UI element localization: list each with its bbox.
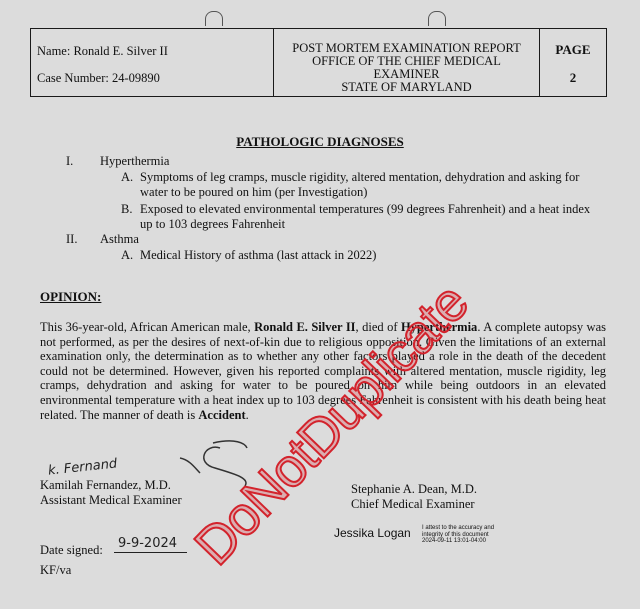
subitem-letter: A. bbox=[121, 170, 133, 185]
subitem-letter: A. bbox=[121, 248, 133, 263]
opinion-heading: OPINION: bbox=[40, 289, 101, 305]
subitem-text: water to be poured on him (per Investiga… bbox=[140, 185, 367, 200]
header-patient-cell: Name: Ronald E. Silver II Case Number: 2… bbox=[31, 29, 274, 96]
opinion-text: . bbox=[246, 408, 249, 422]
case-number: Case Number: 24-09890 bbox=[37, 71, 160, 86]
handwritten-signature-mark bbox=[175, 438, 265, 493]
opinion-paragraph: This 36-year-old, African American male,… bbox=[40, 320, 606, 422]
handwritten-signature: k. Fernand bbox=[47, 456, 118, 478]
subitem-text: up to 103 degrees Fahrenheit bbox=[140, 217, 285, 232]
initials: KF/va bbox=[40, 563, 71, 578]
binder-tab-notch bbox=[428, 11, 446, 26]
subitem-text: Medical History of asthma (last attack i… bbox=[140, 248, 376, 263]
diagnosis-label: Hyperthermia bbox=[100, 154, 169, 169]
esignature-name: Jessika Logan bbox=[334, 526, 411, 540]
opinion-text: . A complete autopsy was not performed, … bbox=[40, 320, 606, 422]
binder-tab-notch bbox=[205, 11, 223, 26]
page-label: PAGE bbox=[540, 42, 606, 58]
diagnoses-title: PATHOLOGIC DIAGNOSES bbox=[0, 134, 640, 150]
subitem-text: Symptoms of leg cramps, muscle rigidity,… bbox=[140, 170, 579, 185]
assistant-examiner-name: Kamilah Fernandez, M.D. bbox=[40, 478, 171, 493]
document-page: Name: Ronald E. Silver II Case Number: 2… bbox=[0, 0, 640, 609]
subitem-text: Exposed to elevated environmental temper… bbox=[140, 202, 590, 217]
decedent-name: Ronald E. Silver II bbox=[254, 320, 355, 334]
date-signed-value: 9-9-2024 bbox=[114, 536, 187, 553]
cause-of-death: Hyperthermia bbox=[401, 320, 477, 334]
date-signed-label: Date signed: bbox=[40, 543, 103, 558]
diagnosis-label: Asthma bbox=[100, 232, 139, 247]
diagnosis-numeral: I. bbox=[66, 154, 73, 169]
chief-examiner-name: Stephanie A. Dean, M.D. bbox=[351, 482, 477, 497]
opinion-text: This 36-year-old, African American male, bbox=[40, 320, 254, 334]
chief-examiner-title: Chief Medical Examiner bbox=[351, 497, 475, 512]
opinion-text: , died of bbox=[356, 320, 401, 334]
header-page-cell: PAGE 2 bbox=[540, 29, 606, 96]
header-title-cell: POST MORTEM EXAMINATION REPORT OFFICE OF… bbox=[274, 29, 540, 96]
header-box: Name: Ronald E. Silver II Case Number: 2… bbox=[30, 28, 607, 97]
esignature-attestation: I attest to the accuracy and integrity o… bbox=[422, 525, 494, 545]
diagnosis-numeral: II. bbox=[66, 232, 77, 247]
attest-line: I attest to the accuracy and bbox=[422, 525, 494, 532]
page-number: 2 bbox=[540, 70, 606, 86]
manner-of-death: Accident bbox=[198, 408, 245, 422]
subitem-letter: B. bbox=[121, 202, 132, 217]
patient-name: Name: Ronald E. Silver II bbox=[37, 44, 168, 59]
assistant-examiner-title: Assistant Medical Examiner bbox=[40, 493, 182, 508]
report-title-line: STATE OF MARYLAND bbox=[274, 81, 539, 94]
attest-timestamp: 2024-09-11 13:01-04:00 bbox=[422, 538, 494, 545]
